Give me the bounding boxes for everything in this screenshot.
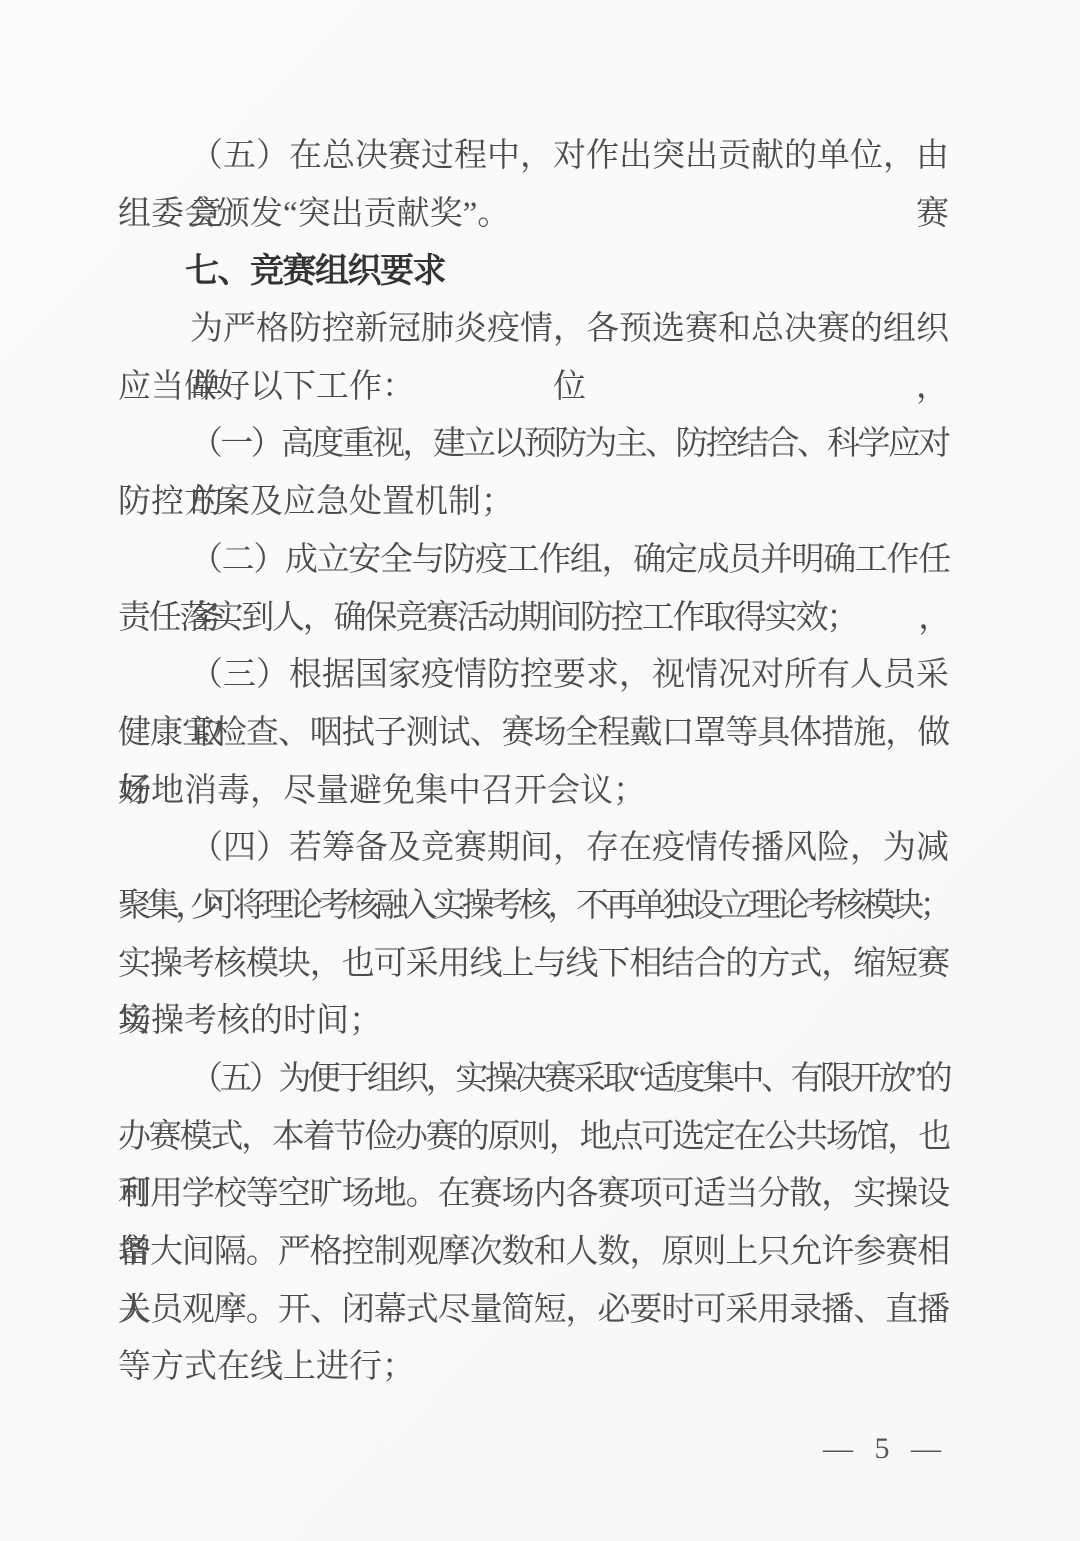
document-page: （五）在总决赛过程中，对作出突出贡献的单位，由竞赛 组委会颁发“突出贡献奖”。 … bbox=[0, 0, 1080, 1541]
text-line: 实操考核的时间； bbox=[118, 993, 948, 1051]
text-line: 健康宝检查、咽拭子测试、赛场全程戴口罩等具体措施，做好 bbox=[118, 705, 948, 763]
text-line: 实操考核模块，也可采用线上与线下相结合的方式，缩短赛场 bbox=[118, 936, 948, 994]
text-line: 增大间隔。严格控制观摩次数和人数，原则上只允许参赛相关 bbox=[118, 1224, 948, 1282]
text-line: 利用学校等空旷场地。在赛场内各赛项可适当分散，实操设备 bbox=[118, 1166, 948, 1224]
document-body: （五）在总决赛过程中，对作出突出贡献的单位，由竞赛 组委会颁发“突出贡献奖”。 … bbox=[118, 128, 948, 1397]
page-number: — 5 — bbox=[823, 1431, 942, 1467]
text-line: （一）高度重视，建立以预防为主、防控结合、科学应对的 bbox=[118, 416, 948, 474]
text-line: 人员观摩。开、闭幕式尽量简短，必要时可采用录播、直播 bbox=[118, 1282, 948, 1340]
text-line: （五）为便于组织，实操决赛采取“适度集中、有限开放”的 bbox=[118, 1051, 948, 1109]
text-line: （五）在总决赛过程中，对作出突出贡献的单位，由竞赛 bbox=[118, 128, 948, 186]
text-line: 责任落实到人，确保竞赛活动期间防控工作取得实效； bbox=[118, 590, 948, 648]
text-line: 等方式在线上进行； bbox=[118, 1339, 948, 1397]
text-line: 为严格防控新冠肺炎疫情，各预选赛和总决赛的组织单位， bbox=[118, 301, 948, 359]
text-line: 办赛模式，本着节俭办赛的原则，地点可选定在公共场馆，也可 bbox=[118, 1109, 948, 1167]
text-line: （二）成立安全与防疫工作组，确定成员并明确工作任务， bbox=[118, 532, 948, 590]
text-line: 场地消毒，尽量避免集中召开会议； bbox=[118, 763, 948, 821]
text-line: （四）若筹备及竞赛期间，存在疫情传播风险，为减少 bbox=[118, 820, 948, 878]
text-line: 聚集，可将理论考核融入实操考核，不再单独设立理论考核模块； bbox=[118, 878, 948, 936]
text-line: 防控方案及应急处置机制； bbox=[118, 474, 948, 532]
text-line: （三）根据国家疫情防控要求，视情况对所有人员采取 bbox=[118, 647, 948, 705]
section-heading: 七、竞赛组织要求 bbox=[118, 243, 948, 301]
